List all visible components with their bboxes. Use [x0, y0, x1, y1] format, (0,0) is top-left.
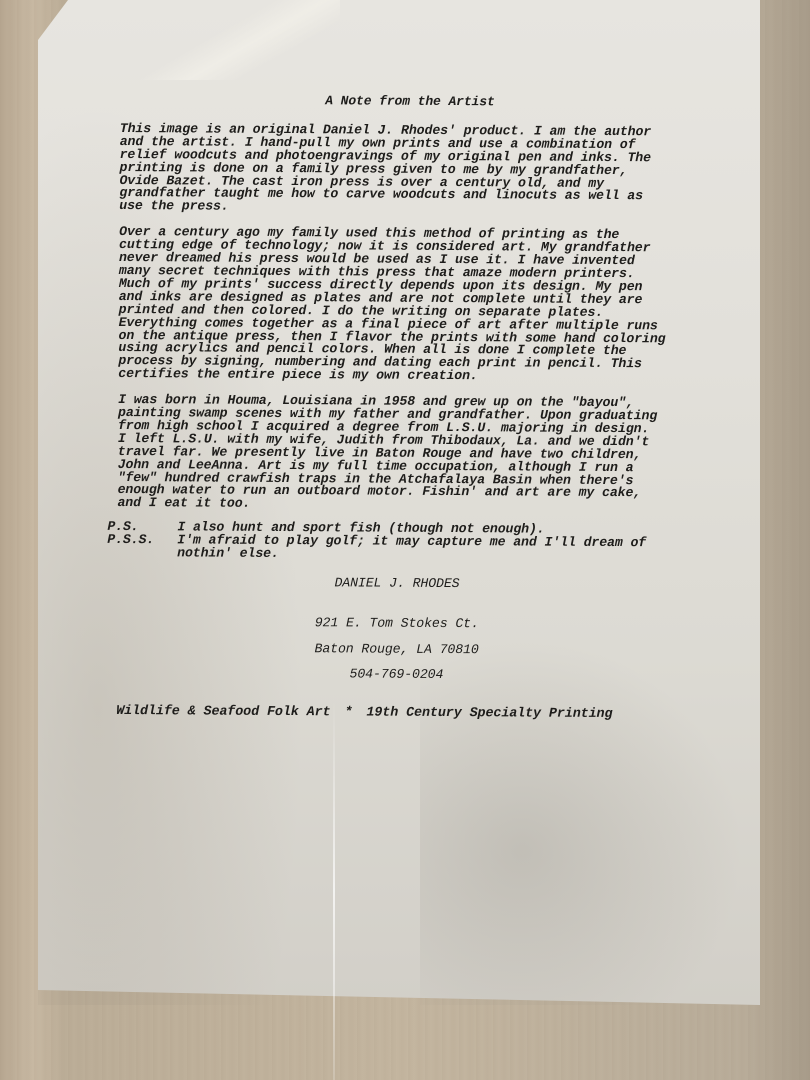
postscript-label: P.S.S. — [107, 534, 177, 560]
document-title: A Note from the Artist — [120, 94, 720, 111]
postscripts: P.S. I also hunt and sport fish (though … — [107, 521, 717, 563]
artist-address: 921 E. Tom Stokes Ct. Baton Rouge, LA 70… — [116, 603, 717, 697]
artist-signature-name: DANIEL J. RHODES — [117, 576, 717, 593]
tagline-right: 19th Century Specialty Printing — [366, 708, 612, 722]
address-city: Baton Rouge, LA 70810 — [117, 642, 677, 658]
address-street: 921 E. Tom Stokes Ct. — [117, 616, 677, 632]
artist-note: A Note from the Artist This image is an … — [116, 94, 720, 723]
paragraph-biography: I was born in Houma, Louisiana in 1958 a… — [117, 394, 718, 514]
paper-crease — [333, 700, 335, 1080]
postscript-text: I'm afraid to play golf; it may capture … — [177, 535, 646, 564]
tagline-separator: * — [344, 708, 352, 721]
postscript-2: P.S.S. I'm afraid to play golf; it may c… — [107, 534, 717, 564]
paragraph-intro: This image is an original Daniel J. Rhod… — [119, 123, 720, 217]
tagline-left: Wildlife & Seafood Folk Art — [116, 706, 330, 720]
paragraph-technique: Over a century ago my family used this m… — [118, 226, 719, 385]
address-phone: 504-769-0204 — [116, 667, 676, 683]
